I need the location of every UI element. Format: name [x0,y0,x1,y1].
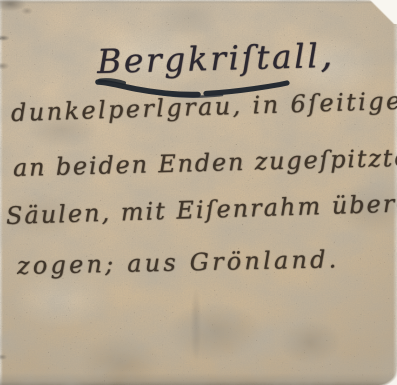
handwritten-mineral-label: Bergkriſtall, dunkelperlgrau, in 6ſeitig… [0,0,397,385]
handwritten-line-2: an beiden Enden zugeſpitzten [13,143,397,182]
torn-corner-top-right [367,0,397,24]
handwritten-line-1: dunkelperlgrau, in 6ſeitigen [11,86,397,127]
handwritten-line-3: Säulen, mit Eiſenrahm über- [6,189,397,230]
worn-corner-bottom-right [375,367,397,385]
handwritten-line-4: zogen; aus Grönland. [17,245,340,280]
title-flourish-mark: , [320,32,333,76]
